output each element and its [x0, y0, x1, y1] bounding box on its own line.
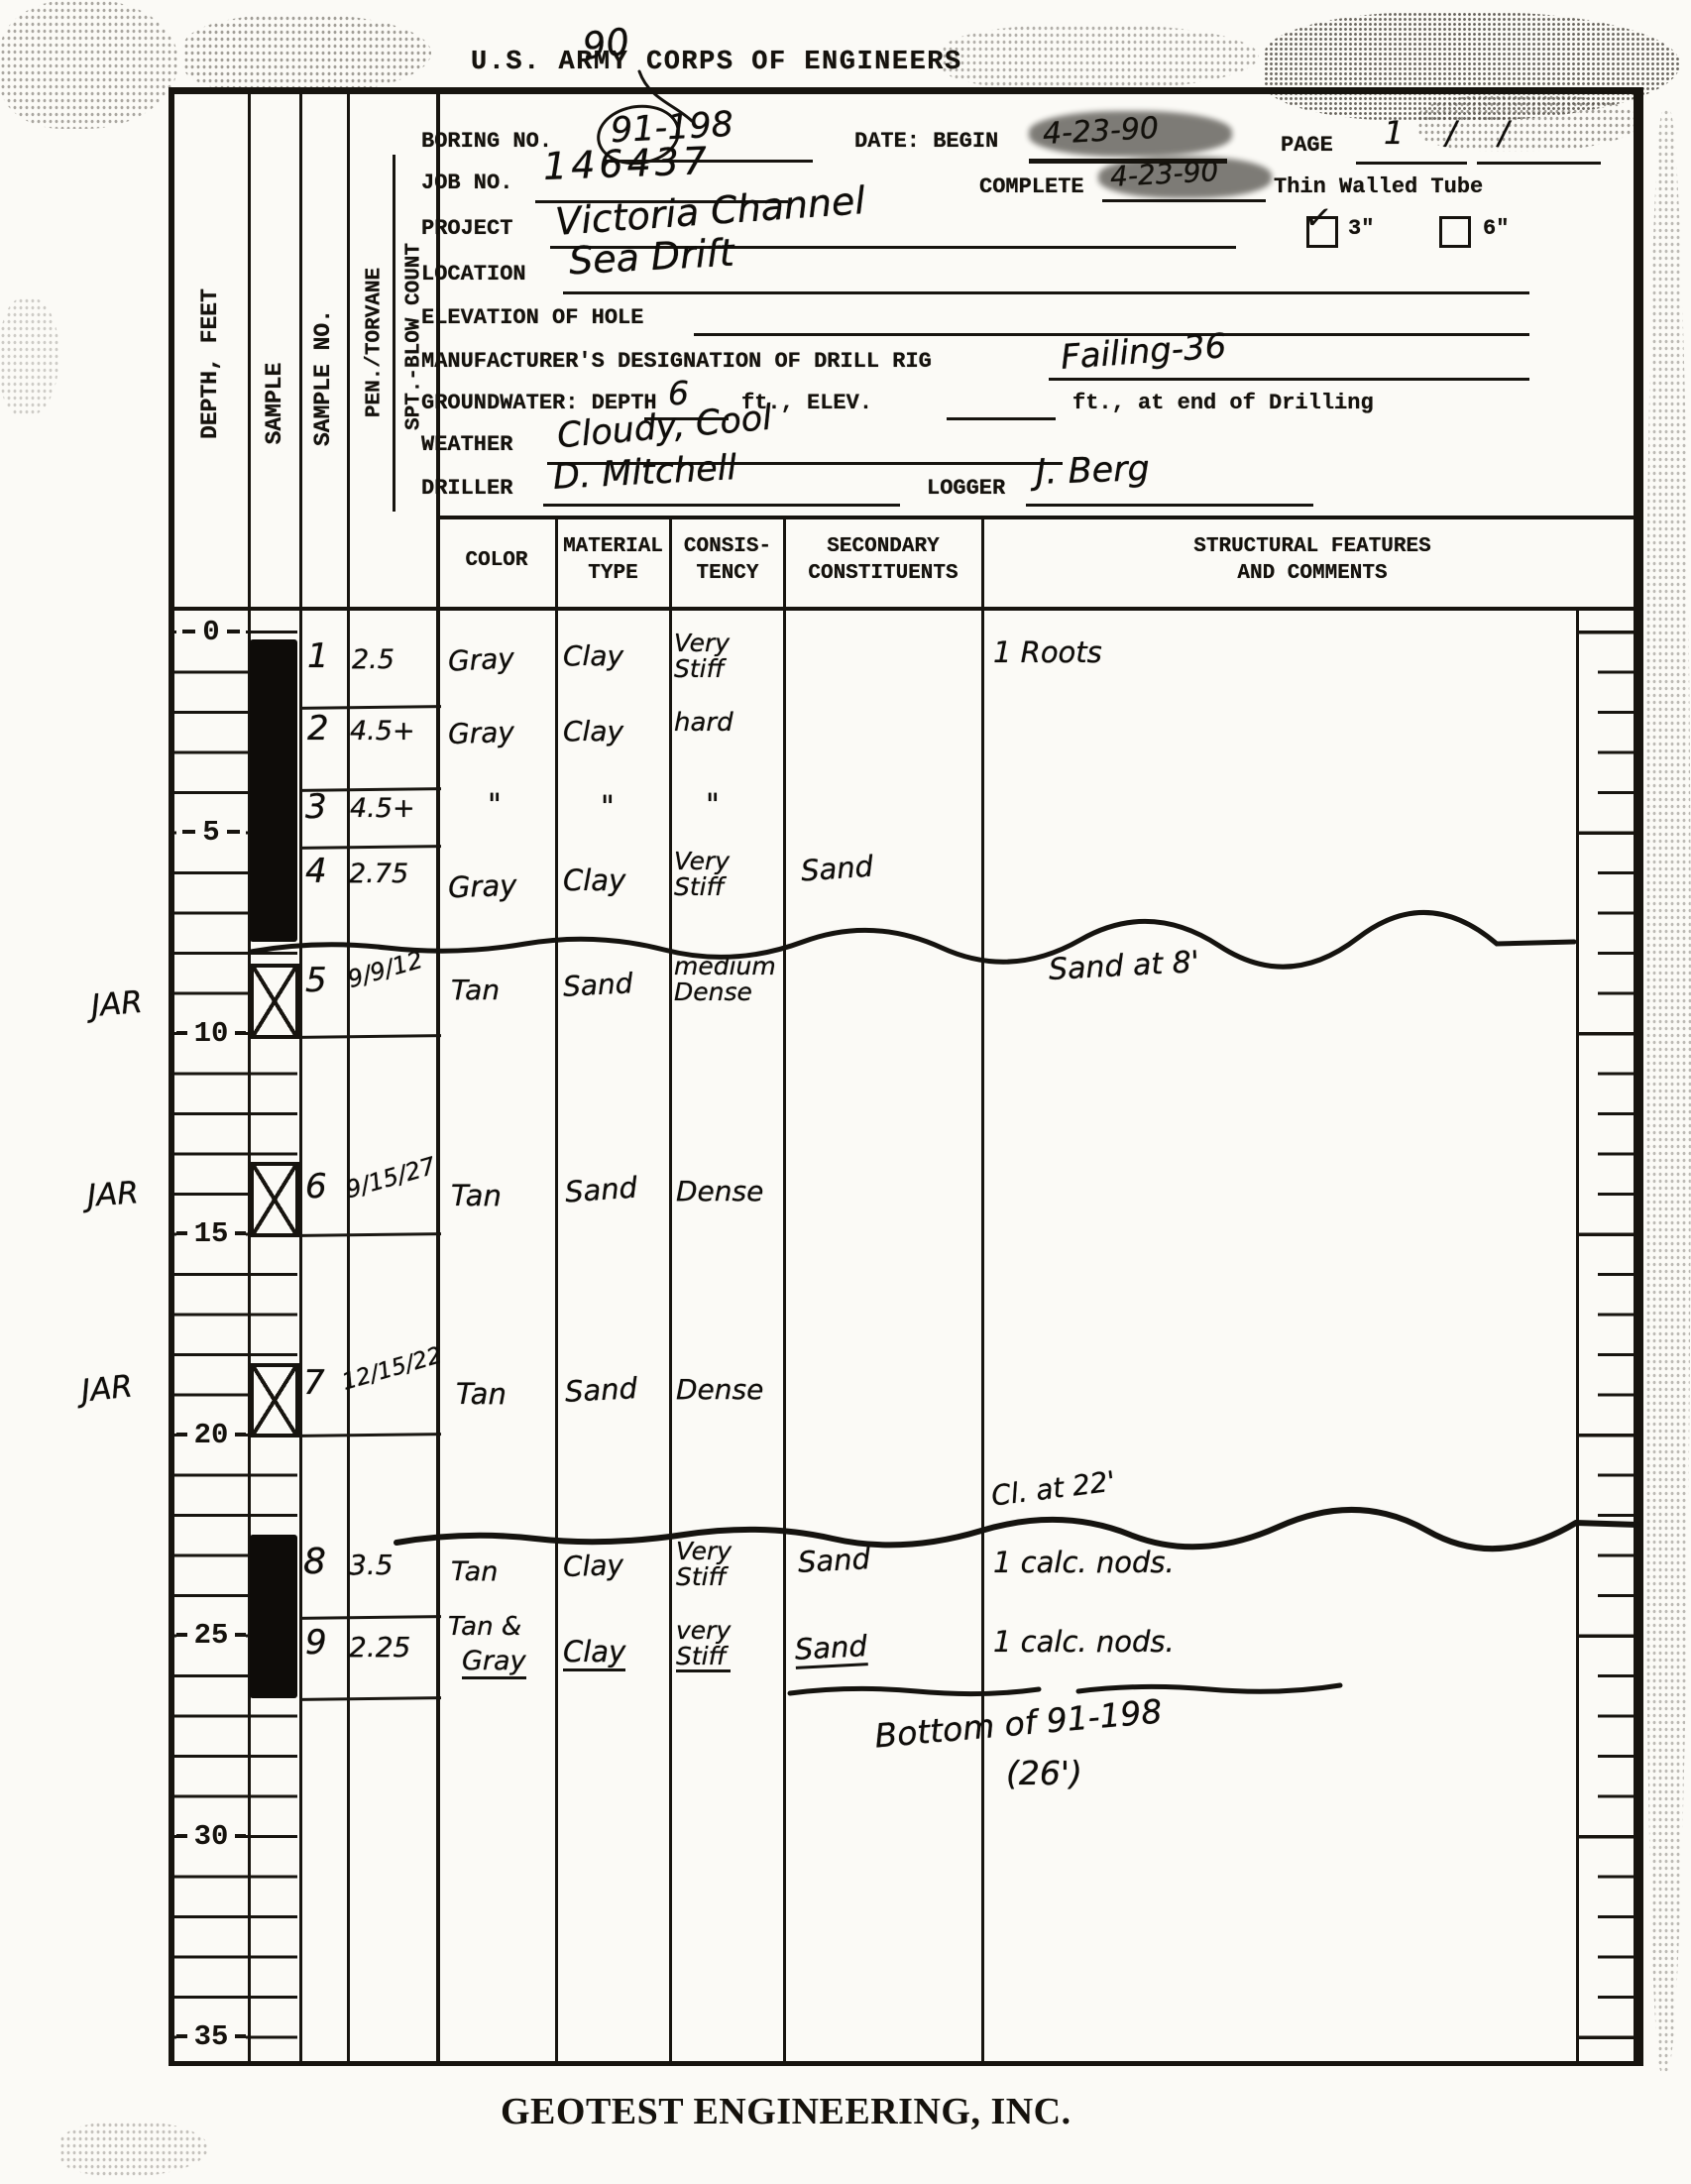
sample-8-pen: 3.5	[349, 1552, 394, 1580]
driller-line	[543, 504, 900, 507]
column-header-color: COLOR	[438, 547, 555, 574]
sample-3-no: 3	[305, 790, 327, 825]
jar-note-sample-5: JAR	[90, 987, 144, 1023]
sample-7-material: Sand	[564, 1374, 637, 1407]
rig-line	[1049, 378, 1529, 381]
page-title: U.S. ARMY CORPS OF ENGINEERS	[471, 48, 962, 77]
jar-note-sample-7: JAR	[79, 1371, 134, 1408]
sample-9-comments: 1 calc. nods.	[993, 1628, 1175, 1658]
groundwater-elev-line	[947, 417, 1056, 420]
row-separator	[300, 1615, 441, 1620]
complete-line	[1102, 199, 1266, 202]
note-bottom-of-boring: Bottom of 91-198	[873, 1694, 1164, 1753]
depth-value: 0	[202, 616, 219, 648]
depth-label-10: 10	[176, 1016, 246, 1050]
sample-2-no: 2	[307, 712, 329, 747]
sample-7-color: Tan	[456, 1380, 507, 1410]
depth-label-5: 5	[176, 815, 246, 849]
sample-9-consistency-wrap: very Stiff	[676, 1618, 731, 1672]
sample-6-material: Sand	[564, 1173, 638, 1207]
tube-sample-bar-1-4	[250, 639, 297, 942]
sample-4-secondary: Sand	[800, 852, 874, 886]
scanned-boring-log-page: U.S. ARMY CORPS OF ENGINEERS 90 DEPTH, F…	[0, 0, 1691, 2184]
depth-value: 20	[194, 1419, 229, 1451]
sample-5-no: 5	[305, 964, 327, 998]
project-label: PROJECT	[421, 216, 512, 241]
sample-3-color-ditto: "	[488, 791, 502, 822]
sample-5-consistency: medium Dense	[674, 954, 776, 1004]
sample-1-no: 1	[307, 639, 329, 674]
sample-2-consistency: hard	[674, 710, 733, 737]
ink-smudge	[1098, 157, 1272, 198]
logger-label: LOGGER	[927, 476, 1005, 501]
column-label-pen-torvane: PEN./TORVANE	[364, 184, 387, 502]
grid-line	[169, 607, 1643, 611]
sample-9-secondary: Sand	[794, 1632, 868, 1668]
boring-no-label: BORING NO.	[421, 129, 552, 154]
note-clay-at-22ft: Cl. at 22'	[990, 1467, 1117, 1511]
complete-label: COMPLETE	[979, 174, 1084, 199]
sample-6-blow-count: 9/15/27	[343, 1154, 438, 1203]
row-separator	[300, 845, 441, 850]
row-separator	[300, 1433, 441, 1437]
sample-7-no: 7	[303, 1366, 325, 1401]
grid-line	[981, 516, 984, 2064]
depth-label-30: 30	[176, 1819, 246, 1853]
sample-1-consistency: Very Stiff	[674, 631, 730, 681]
sample-9-secondary-wrap: Sand	[794, 1632, 868, 1668]
sample-9-color: Tan &	[448, 1614, 521, 1641]
location-line	[563, 291, 1529, 294]
depth-value: 25	[194, 1619, 229, 1652]
page-value: 1 / /	[1384, 117, 1524, 150]
scan-noise	[59, 2122, 208, 2176]
scan-noise	[1645, 109, 1691, 2072]
column-label-sample-no: SAMPLE NO.	[310, 219, 336, 536]
sample-6-no: 6	[305, 1170, 327, 1205]
sample-8-consistency: Very Stiff	[676, 1539, 732, 1589]
sample-5-blow-count: 9/9/12	[345, 948, 425, 992]
depth-value: 30	[194, 1820, 229, 1853]
depth-label-15: 15	[176, 1216, 246, 1250]
ink-smudge	[1029, 111, 1232, 157]
sample-9-color2: Gray	[462, 1648, 526, 1679]
row-separator	[300, 1696, 441, 1701]
spt-sample-box-6	[250, 1162, 299, 1237]
page-line	[1477, 162, 1601, 165]
sample-3-pen: 4.5+	[350, 795, 415, 823]
scan-noise	[0, 0, 178, 129]
sample-5-color: Tan	[451, 977, 500, 1005]
sample-9-pen: 2.25	[349, 1634, 410, 1663]
footer-company-name: GEOTEST ENGINEERING, INC.	[501, 2090, 1071, 2133]
rig-label: MANUFACTURER'S DESIGNATION OF DRILL RIG	[421, 349, 932, 374]
sample-1-material: Clay	[563, 642, 623, 671]
form-border-right	[1634, 87, 1643, 2066]
sample-4-pen: 2.75	[349, 861, 408, 888]
sample-7-blow-count: 12/15/22	[340, 1344, 445, 1395]
driller-label: DRILLER	[421, 476, 512, 501]
depth-value: 15	[194, 1217, 229, 1250]
page-label: PAGE	[1281, 133, 1333, 158]
tube-6in-label: 6"	[1483, 216, 1509, 241]
weather-label: WEATHER	[421, 432, 512, 457]
column-header-consistency: CONSIS- TENCY	[672, 533, 783, 588]
driller-value: D. Mitchell	[552, 451, 737, 496]
page-line	[1356, 162, 1467, 165]
sample-4-material: Clay	[563, 866, 625, 896]
depth-label-20: 20	[176, 1418, 246, 1451]
column-header-secondary-constituents: SECONDARY CONSTITUENTS	[785, 533, 981, 588]
sample-9-color2-wrap: Gray	[462, 1648, 526, 1679]
sample-1-pen: 2.5	[352, 646, 395, 674]
jar-note-sample-6: JAR	[86, 1178, 140, 1212]
form-border-bottom	[169, 2061, 1643, 2066]
job-no-value: 146437	[542, 142, 711, 186]
depth-label-0: 0	[176, 615, 246, 648]
depth-value: 10	[194, 1017, 229, 1050]
date-begin-label: DATE: BEGIN	[854, 129, 998, 154]
column-header-material-type: MATERIAL TYPE	[557, 533, 669, 588]
column-header-structural-features: STRUCTURAL FEATURES AND COMMENTS	[983, 533, 1641, 588]
right-ruler-5ft-lines	[1578, 631, 1634, 2061]
column-label-sample: SAMPLE	[262, 245, 287, 562]
note-sand-at-8ft: Sand at 8'	[1048, 948, 1199, 986]
logger-line	[1026, 504, 1313, 507]
sample-4-consistency: Very Stiff	[674, 849, 730, 899]
sample-9-material-wrap: Clay	[563, 1638, 625, 1671]
sample-8-no: 8	[303, 1545, 326, 1581]
sample-2-pen: 4.5+	[350, 718, 415, 746]
grid-line	[299, 87, 302, 2064]
tube-3in-label: 3"	[1348, 216, 1374, 241]
sample-4-no: 4	[305, 855, 327, 889]
scan-noise	[0, 297, 59, 416]
checkbox-3in-checkmark: ✓	[1302, 197, 1335, 240]
row-separator	[300, 1232, 441, 1237]
grid-line	[669, 516, 672, 2064]
sample-1-comments: 1 Roots	[993, 638, 1102, 668]
location-label: LOCATION	[421, 262, 526, 287]
scan-noise	[942, 25, 1259, 90]
sample-2-color: Gray	[448, 719, 515, 749]
sample-5-material: Sand	[562, 970, 633, 1001]
job-no-label: JOB NO.	[421, 171, 512, 195]
sample-8-secondary: Sand	[797, 1545, 870, 1577]
checkbox-6in	[1439, 216, 1471, 248]
depth-value: 35	[194, 2020, 229, 2053]
note-bottom-depth: (26')	[1006, 1757, 1082, 1790]
correction-note-90: 90	[581, 23, 631, 65]
depth-label-25: 25	[176, 1618, 246, 1652]
grid-line	[783, 516, 786, 2064]
sample-9-material: Clay	[563, 1638, 625, 1671]
sample-4-color: Gray	[448, 871, 517, 903]
sample-9-consistency: very Stiff	[676, 1618, 731, 1672]
grid-line	[436, 87, 440, 2064]
sample-8-comments: 1 calc. nods.	[993, 1549, 1175, 1578]
tube-sample-bar-8-9	[250, 1535, 297, 1698]
grid-line	[555, 516, 558, 2064]
form-border-top	[169, 87, 1643, 94]
spt-sample-box-7	[250, 1363, 299, 1437]
sample-7-consistency: Dense	[676, 1376, 763, 1405]
grid-line	[436, 516, 1643, 519]
rig-value: Failing-36	[1060, 329, 1227, 375]
sample-8-material: Clay	[563, 1552, 624, 1582]
sample-3-consistency-ditto: "	[706, 791, 720, 822]
sample-6-consistency: Dense	[676, 1178, 763, 1207]
thin-walled-tube-label: Thin Walled Tube	[1274, 174, 1483, 199]
sample-8-color: Tan	[451, 1558, 498, 1586]
spt-sample-box-5	[250, 964, 299, 1039]
logger-value: J. Berg	[1035, 452, 1150, 492]
sample-6-color: Tan	[451, 1182, 502, 1211]
scan-noise	[183, 15, 431, 94]
row-separator	[300, 1034, 441, 1039]
depth-value: 5	[202, 816, 219, 849]
grid-line	[347, 87, 350, 2064]
sample-2-material: Clay	[563, 718, 623, 747]
location-value: Sea Drift	[568, 234, 734, 281]
sample-3-material-ditto: "	[601, 793, 615, 824]
sample-1-color: Gray	[447, 644, 514, 676]
sample-9-no: 9	[305, 1626, 327, 1661]
pen-spt-divider	[393, 155, 395, 512]
elevation-label: ELEVATION OF HOLE	[421, 305, 643, 330]
groundwater-tail-label: ft., at end of Drilling	[1072, 391, 1374, 415]
column-label-depth-feet: DEPTH, FEET	[197, 205, 223, 522]
depth-label-35: 35	[176, 2019, 246, 2053]
